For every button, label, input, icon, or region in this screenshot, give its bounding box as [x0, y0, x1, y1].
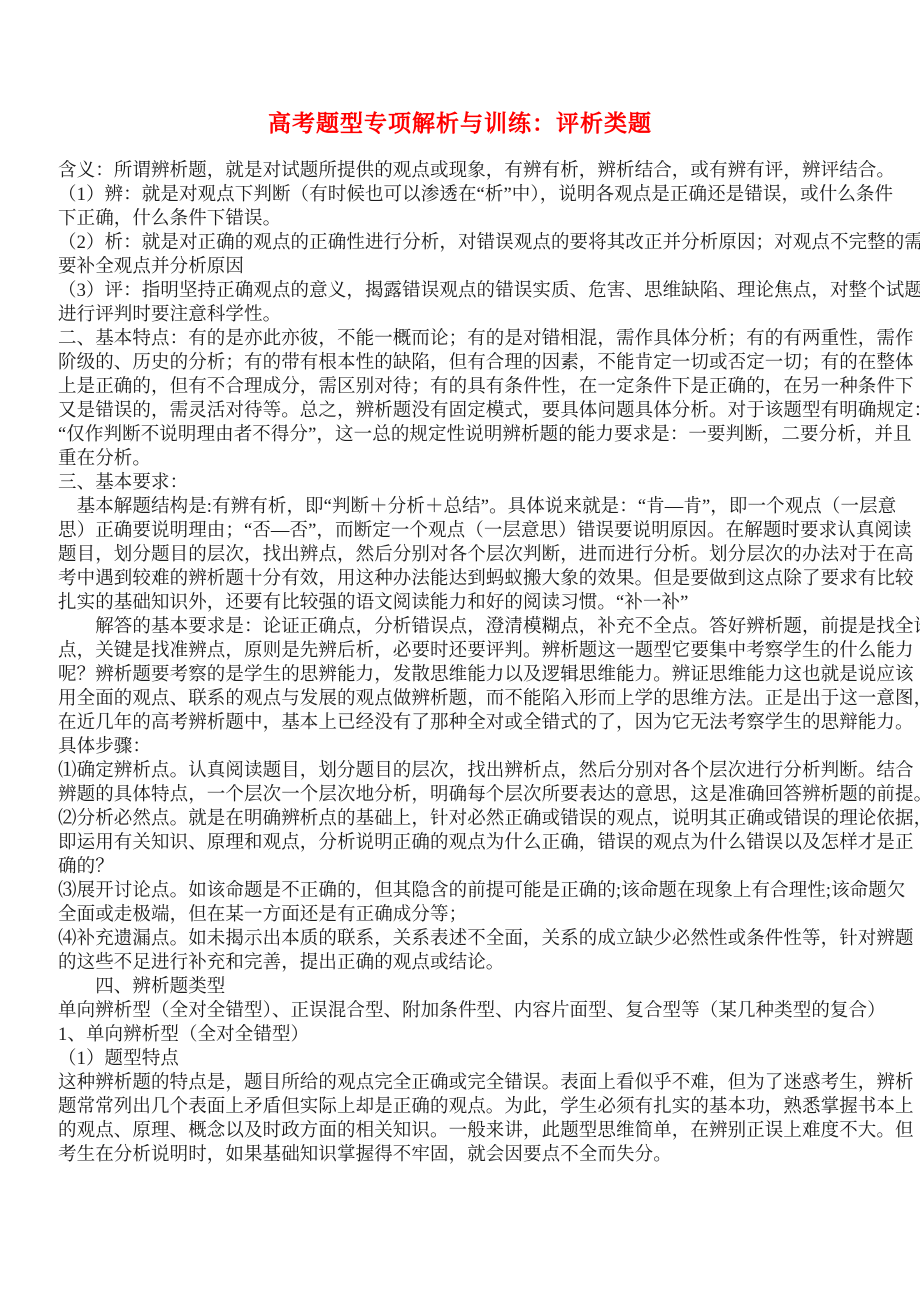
document-page: 高考题型专项解析与训练：评析类题 含义：所谓辨析题，就是对试题所提供的观点或现象…: [0, 0, 920, 1302]
text-line: （1）辨：就是对观点下判断（有时候也可以渗透在“析”中），说明各观点是正确还是错…: [58, 183, 920, 207]
document-body: 含义：所谓辨析题，就是对试题所提供的观点或现象，有辨有析，辨析结合，或有辨有评，…: [58, 159, 920, 1167]
text-line: 的这些不足进行补充和完善，提出正确的观点或结论。: [58, 951, 920, 975]
text-line: 考中遇到较难的辨析题十分有效，用这种办法能达到蚂蚁搬大象的效果。但是要做到这点除…: [58, 567, 920, 591]
text-line: ⑴确定辨析点。认真阅读题目，划分题目的层次，找出辨析点，然后分别对各个层次进行分…: [58, 759, 920, 783]
text-line: 进行评判时要注意科学性。: [58, 303, 920, 327]
text-line: 题目，划分题目的层次，找出辨点，然后分别对各个层次判断，进而进行分析。划分层次的…: [58, 543, 920, 567]
text-line: 重在分析。: [58, 447, 920, 471]
text-line: 的观点、原理、概念以及时政方面的相关知识。一般来讲，此题型思维简单，在辨别正误上…: [58, 1119, 920, 1143]
text-line: 阶级的、历史的分析；有的带有根本性的缺陷，但有合理的因素，不能肯定一切或否定一切…: [58, 351, 920, 375]
text-line: 下正确，什么条件下错误。: [58, 207, 920, 231]
text-line: 题常常列出几个表面上矛盾但实际上却是正确的观点。为此，学生必须有扎实的基本功，熟…: [58, 1095, 920, 1119]
text-line: 扎实的基础知识外，还要有比较强的语文阅读能力和好的阅读习惯。“补一补”: [58, 591, 920, 615]
text-line: 即运用有关知识、原理和观点，分析说明正确的观点为什么正确，错误的观点为什么错误以…: [58, 831, 920, 855]
text-line: 三、基本要求：: [58, 471, 920, 495]
text-line: 上是正确的，但有不合理成分，需区别对待；有的具有条件性，在一定条件下是正确的，在…: [58, 375, 920, 399]
text-line: 四、辨析题类型: [58, 975, 920, 999]
text-line: 辨题的具体特点，一个层次一个层次地分析，明确每个层次所要表达的意思，这是准确回答…: [58, 783, 920, 807]
text-line: ⑵分析必然点。就是在明确辨析点的基础上，针对必然正确或错误的观点，说明其正确或错…: [58, 807, 920, 831]
page-title: 高考题型专项解析与训练：评析类题: [0, 109, 920, 139]
text-line: 呢？辨析题要考察的是学生的思辨能力，发散思维能力以及逻辑思维能力。辨证思维能力这…: [58, 663, 920, 687]
text-line: 要补全观点并分析原因: [58, 255, 920, 279]
text-line: 考生在分析说明时，如果基础知识掌握得不牢固，就会因要点不全而失分。: [58, 1143, 920, 1167]
text-line: 用全面的观点、联系的观点与发展的观点做辨析题，而不能陷入形而上学的思维方法。正是…: [58, 687, 920, 711]
text-line: （2）析：就是对正确的观点的正确性进行分析，对错误观点的要将其改正并分析原因；对…: [58, 231, 920, 255]
text-line: 又是错误的，需灵活对待等。总之，辨析题没有固定模式，要具体问题具体分析。对于该题…: [58, 399, 920, 423]
text-line: 单向辨析型（全对全错型）、正误混合型、附加条件型、内容片面型、复合型等（某几种类…: [58, 999, 920, 1023]
text-line: 1、单向辨析型（全对全错型）: [58, 1023, 920, 1047]
text-line: 含义：所谓辨析题，就是对试题所提供的观点或现象，有辨有析，辨析结合，或有辨有评，…: [58, 159, 920, 183]
text-line: 二、基本特点：有的是亦此亦彼，不能一概而论；有的是对错相混，需作具体分析；有的有…: [58, 327, 920, 351]
text-line: 点，关键是找准辨点，原则是先辨后析，必要时还要评判。辨析题这一题型它要集中考察学…: [58, 639, 920, 663]
text-line: （1）题型特点: [58, 1047, 920, 1071]
text-line: 这种辨析题的特点是，题目所给的观点完全正确或完全错误。表面上看似乎不难，但为了迷…: [58, 1071, 920, 1095]
text-line: ⑶展开讨论点。如该命题是不正确的，但其隐含的前提可能是正确的;该命题在现象上有合…: [58, 879, 920, 903]
text-line: 基本解题结构是:有辨有析，即“判断＋分析＋总结”。具体说来就是：“肯—肯”，即一…: [58, 495, 920, 519]
text-line: 思）正确要说明理由；“否—否”，而断定一个观点（一层意思）错误要说明原因。在解题…: [58, 519, 920, 543]
text-line: 具体步骤：: [58, 735, 920, 759]
text-line: 在近几年的高考辨析题中，基本上已经没有了那种全对或全错式的了，因为它无法考察学生…: [58, 711, 920, 735]
text-line: 解答的基本要求是：论证正确点，分析错误点，澄清模糊点，补充不全点。答好辨析题，前…: [58, 615, 920, 639]
text-line: ⑷补充遗漏点。如未揭示出本质的联系，关系表述不全面，关系的成立缺少必然性或条件性…: [58, 927, 920, 951]
text-line: 确的？: [58, 855, 920, 879]
text-line: （3）评：指明坚持正确观点的意义，揭露错误观点的错误实质、危害、思维缺陷、理论焦…: [58, 279, 920, 303]
text-line: 全面或走极端，但在某一方面还是有正确成分等；: [58, 903, 920, 927]
text-line: “仅作判断不说明理由者不得分”，这一总的规定性说明辨析题的能力要求是：一要判断，…: [58, 423, 920, 447]
